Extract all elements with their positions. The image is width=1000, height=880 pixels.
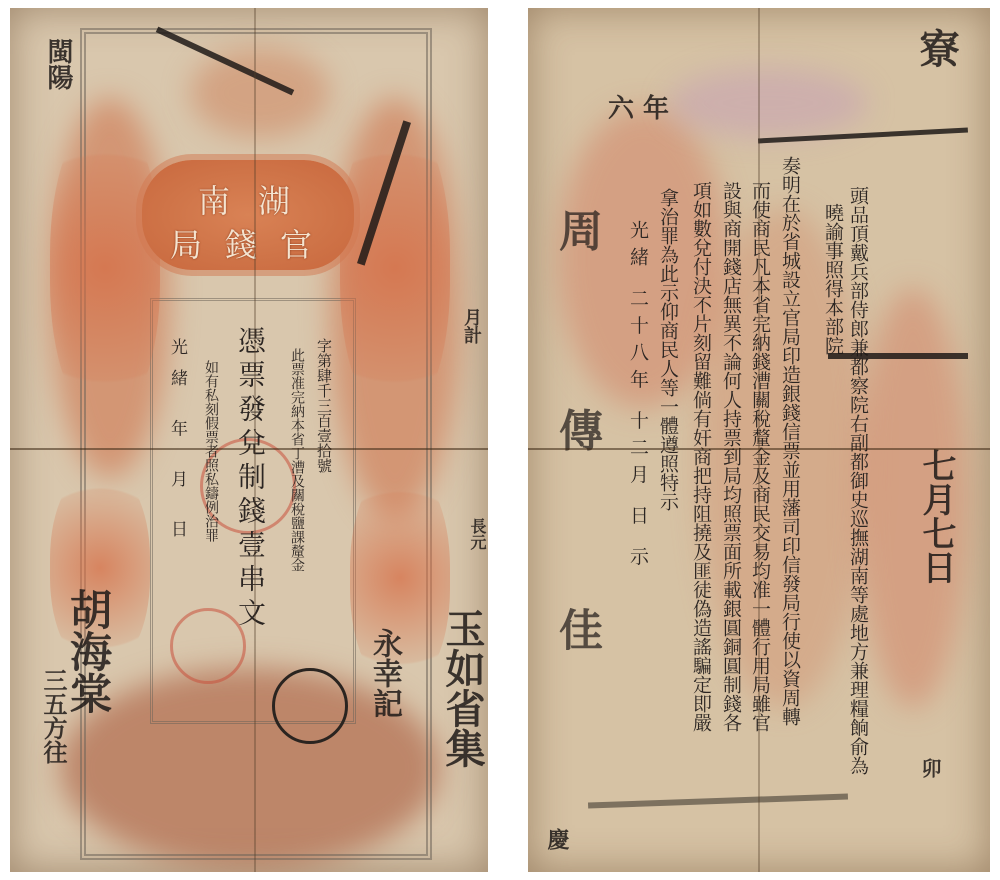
title-char-hu: 湖 — [258, 176, 292, 222]
title-char-ju: 局 — [170, 220, 204, 266]
dragon-left-icon — [50, 118, 160, 418]
proclamation-line-5: 設與商開錢店無異不論何人持票到局均照票面所載銀圓銅圓制錢各 — [721, 181, 740, 732]
handwritten-bottom-left: 慶 — [542, 828, 573, 850]
handwritten-top-left: 閩陽 — [40, 38, 77, 90]
tear-line-horizontal — [528, 448, 990, 450]
handwritten-right-lower: 玉如省集 — [434, 608, 488, 768]
circle-signature-mark — [272, 668, 348, 744]
proclamation-date: 光緒 二十八年 十二月 日 示 — [628, 220, 647, 573]
fold-line-vertical — [758, 8, 760, 872]
proclamation-line-3: 奏明在於省城設立官局印造銀錢信票並用藩司印信發局行使以資周轉 — [780, 156, 799, 726]
proclamation-line-7: 拿治罪為此示仰商民人等一體遵照特示 — [658, 188, 677, 511]
handwritten-top-right: 寮 — [908, 28, 965, 68]
handwritten-small-left: 三五方往 — [36, 668, 71, 764]
back-brush-stroke-bottom — [588, 793, 848, 808]
handwritten-top-row: 六 年 — [608, 88, 669, 125]
proclamation-line-6: 項如數兌付決不片刻留難倘有奸商把持阻撓及匪徒偽造謠騙定即嚴 — [691, 181, 710, 732]
denomination-text: 憑票發兌制錢壹串文 — [236, 326, 264, 632]
handwritten-bottom-right: 卯 — [916, 758, 945, 778]
title-char-nan: 南 — [198, 176, 232, 222]
tear-line-horizontal — [10, 448, 488, 450]
warning-text: 如有私刻假票者照私鑄例治罪 — [204, 360, 218, 542]
proclamation-line-2: 曉諭事照得本部院 — [823, 203, 842, 355]
date-text: 光緒 年 月 日 — [168, 338, 185, 551]
handwritten-right-middle: 七月七日 — [912, 448, 961, 584]
title-char-guan: 官 — [280, 220, 314, 266]
fold-line-vertical — [254, 8, 256, 872]
handwritten-right-middle: 長元 — [466, 518, 488, 550]
proclamation-line-1: 頭品頂戴兵部侍郎兼都察院右副都御史巡撫湖南等處地方兼理糧餉俞為 — [848, 186, 867, 775]
serial-number-text: 字第肆千三百壹拾號 — [316, 338, 331, 473]
back-brush-stroke-mid — [828, 353, 968, 359]
usage-text: 此票准完納本省丁漕及關稅鹽課釐金 — [290, 348, 304, 572]
banknote-front: 湖 南 官 錢 局 字第肆千三百壹拾號 此票准完納本省丁漕及關稅鹽課釐金 憑票發… — [10, 8, 488, 872]
handwritten-center-lower: 永幸記 — [362, 628, 406, 718]
handwritten-right-upper: 月計 — [458, 308, 484, 344]
handwritten-left-marks: 周 傳 佳 — [544, 208, 608, 721]
banknote-back: 頭品頂戴兵部侍郎兼都察院右副都御史巡撫湖南等處地方兼理糧餉俞為 曉諭事照得本部院… — [528, 8, 990, 872]
